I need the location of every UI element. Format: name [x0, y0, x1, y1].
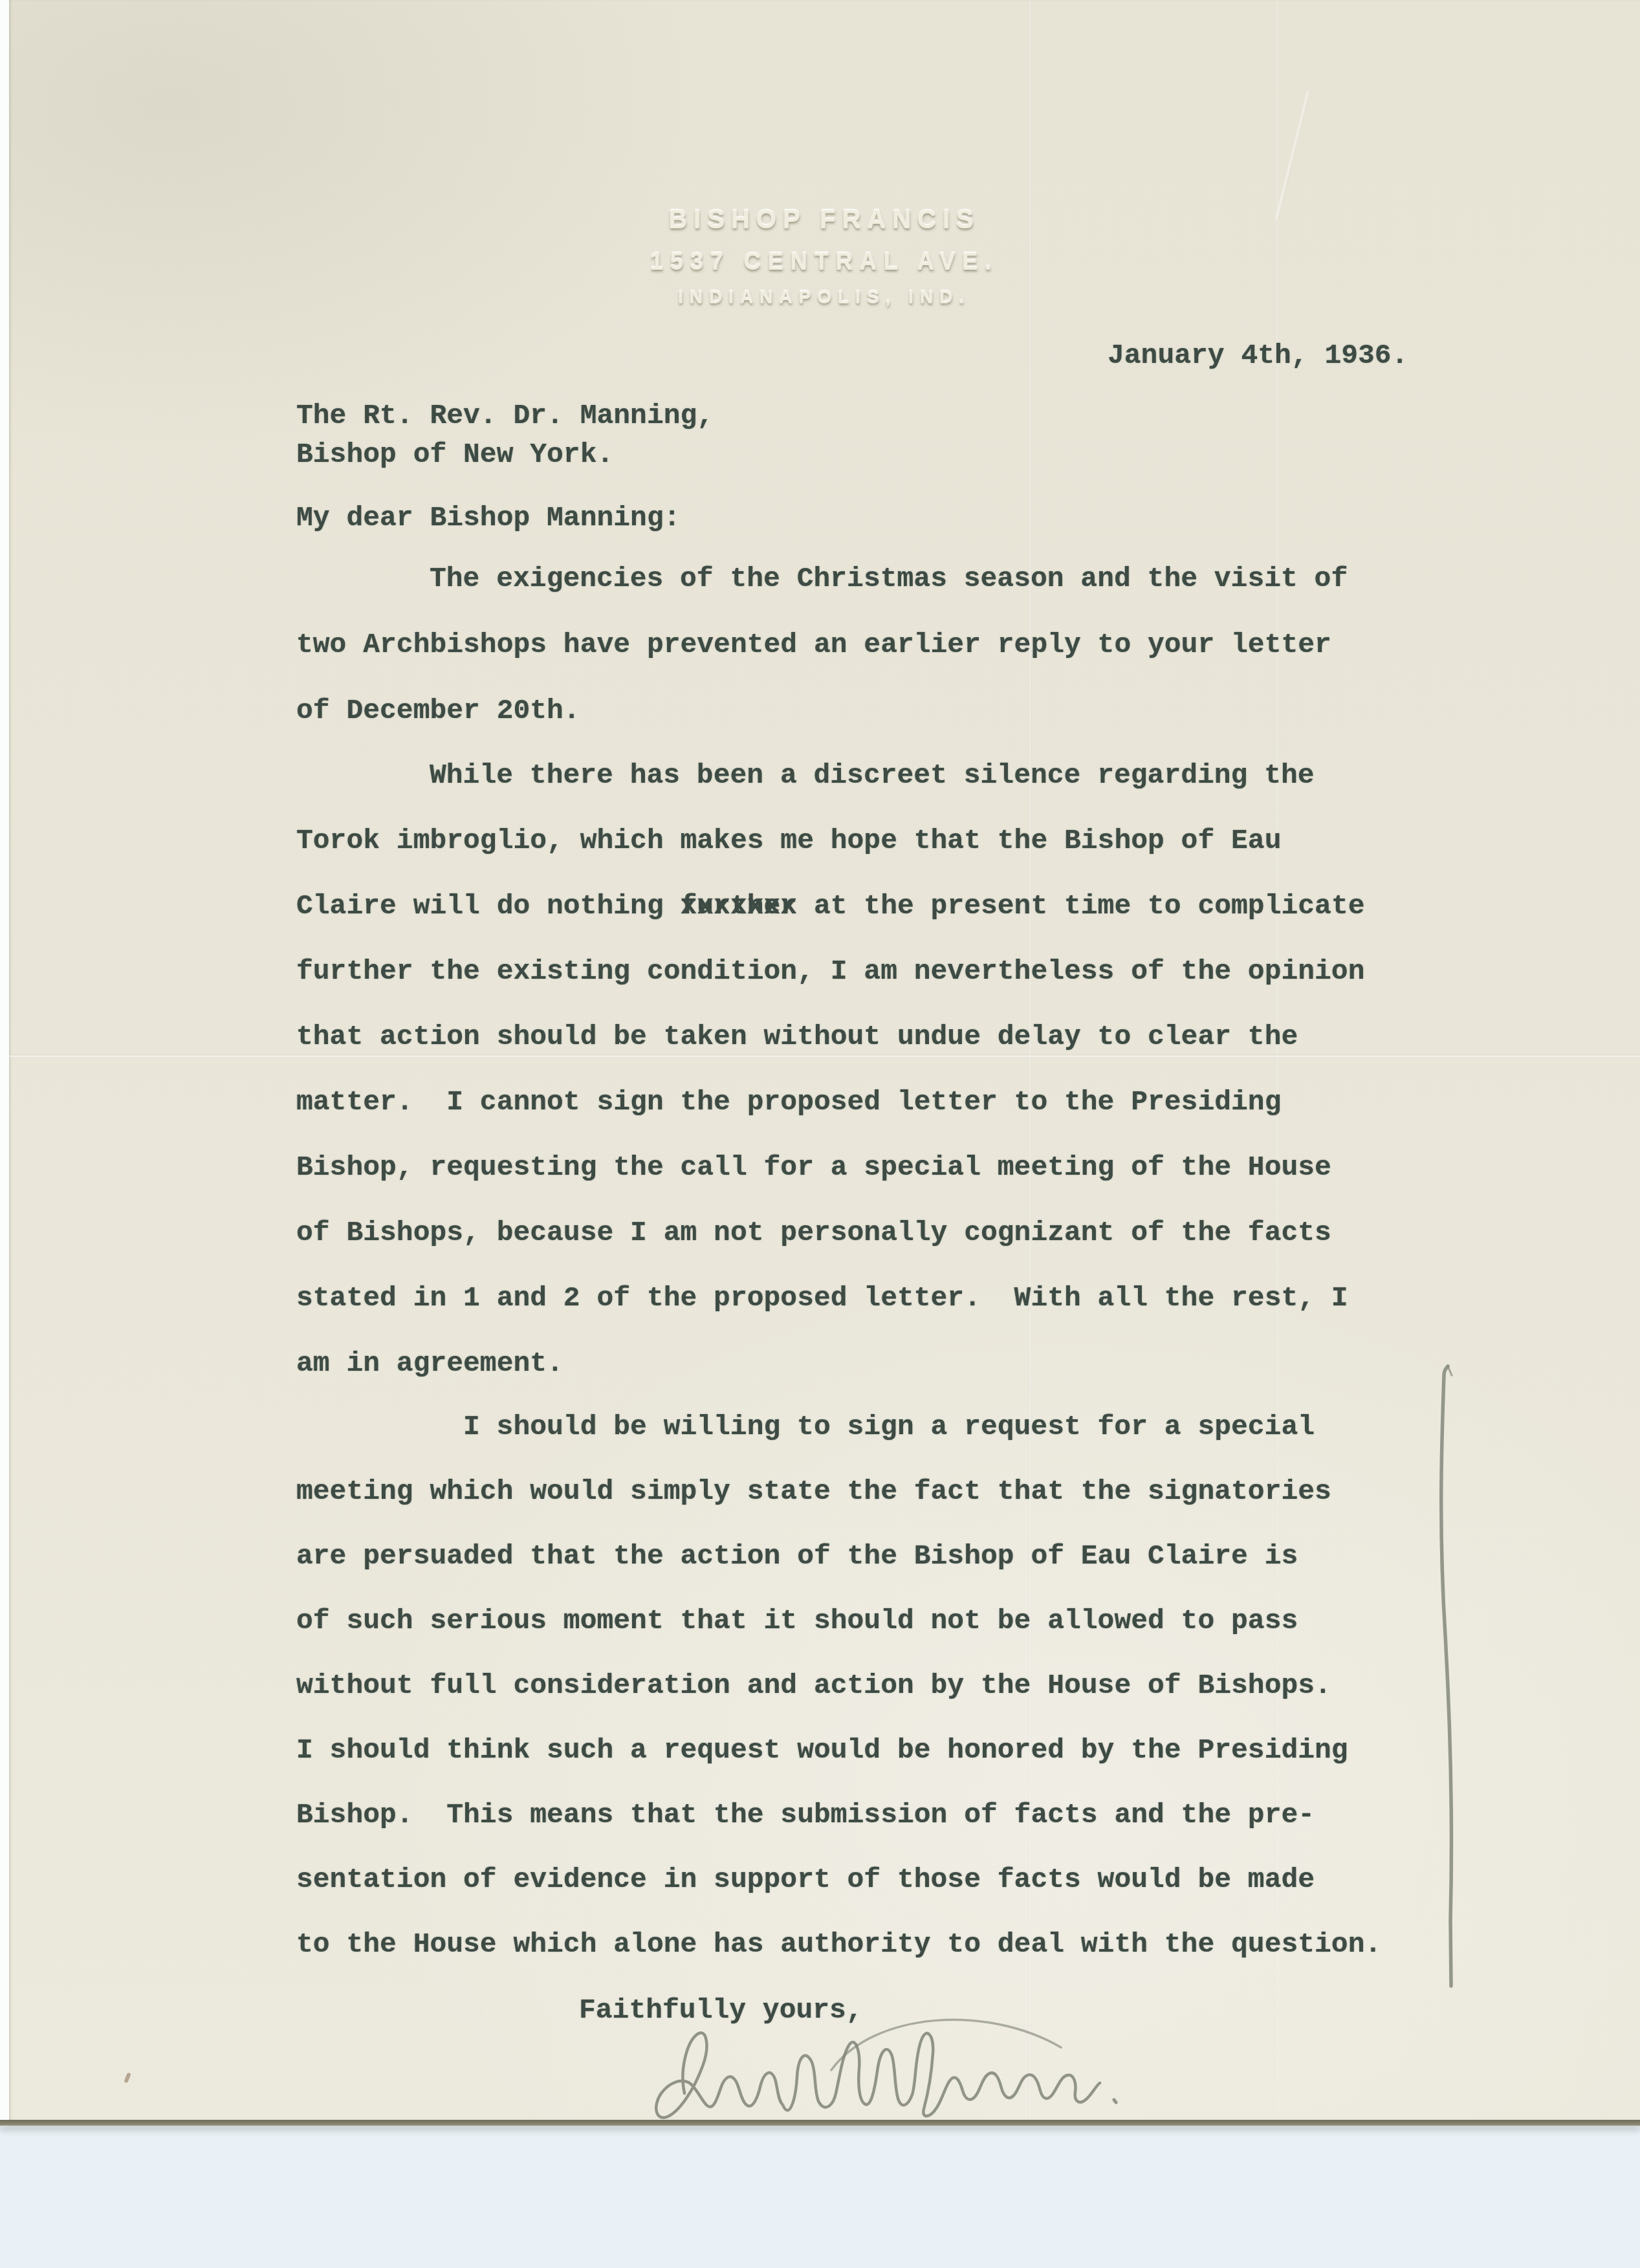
body-line: to the House which alone has authority t…: [296, 1928, 1381, 1960]
body-line: of December 20th.: [296, 695, 580, 726]
strike-pre-text: Claire will do nothing: [296, 890, 681, 922]
letterhead-city: INDIANAPOLIS, IND.: [678, 287, 970, 308]
letter-scan: BISHOP FRANCIS 1537 CENTRAL AVE. INDIANA…: [0, 0, 1640, 2268]
body-line: Bishop. This means that the submission o…: [296, 1799, 1315, 1831]
struck-word-overstrike: xxxxxxx: [681, 890, 798, 922]
recipient-line: Bishop of New York.: [296, 439, 613, 470]
body-line: without full consideration and action by…: [296, 1670, 1331, 1701]
paper-bottom-edge: [0, 2120, 1640, 2127]
body-line: meeting which would simply state the fac…: [296, 1476, 1331, 1507]
body-line: Torok imbroglio, which makes me hope tha…: [296, 825, 1281, 856]
body-line: that action should be taken without undu…: [296, 1021, 1298, 1052]
body-line: Bishop, requesting the call for a specia…: [296, 1151, 1331, 1183]
scanner-margin: [0, 0, 9, 2126]
pencil-margin-line: [1431, 1364, 1470, 2004]
salutation: My dear Bishop Manning:: [296, 502, 681, 534]
fold-crease-horizontal: [9, 1054, 1640, 1058]
body-line-with-strikeout: Claire will do nothing furtherxxxxxxx at…: [296, 890, 1364, 922]
date-line: January 4th, 1936.: [1108, 340, 1408, 371]
body-line: of such serious moment that it should no…: [296, 1605, 1298, 1637]
signature-scribble: [582, 1973, 1242, 2154]
body-line: matter. I cannot sign the proposed lette…: [296, 1086, 1281, 1118]
body-line: While there has been a discreet silence …: [430, 759, 1315, 791]
strike-post-text: at the present time to complicate: [797, 890, 1364, 922]
body-line: I should think such a request would be h…: [296, 1734, 1348, 1766]
body-line: further the existing condition, I am nev…: [296, 955, 1364, 987]
body-line: stated in 1 and 2 of the proposed letter…: [296, 1282, 1348, 1314]
body-line: sentation of evidence in support of thos…: [296, 1864, 1315, 1895]
body-line: of Bishops, because I am not personally …: [296, 1217, 1331, 1248]
letterhead-address: 1537 CENTRAL AVE.: [650, 248, 998, 276]
body-line: am in agreement.: [296, 1347, 563, 1379]
body-line: are persuaded that the action of the Bis…: [296, 1540, 1298, 1572]
recipient-line: The Rt. Rev. Dr. Manning,: [296, 400, 714, 431]
body-line: two Archbishops have prevented an earlie…: [296, 629, 1331, 660]
body-line: I should be willing to sign a request fo…: [463, 1411, 1315, 1443]
letterhead-name: BISHOP FRANCIS: [668, 206, 980, 235]
body-line: The exigencies of the Christmas season a…: [430, 563, 1348, 594]
struck-word: furtherxxxxxxx: [681, 890, 798, 922]
